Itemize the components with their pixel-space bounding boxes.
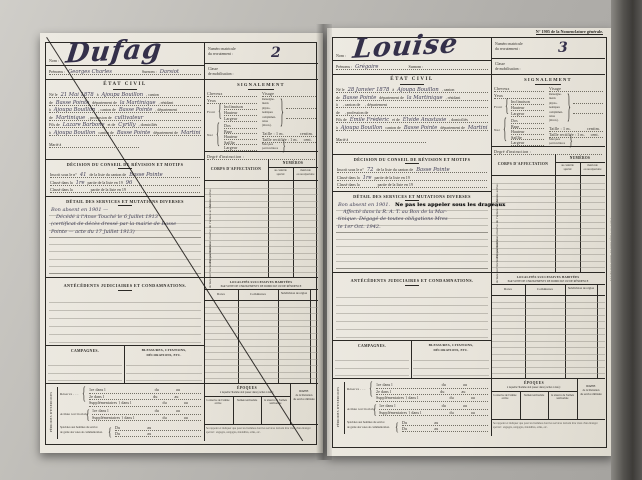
etat-civil-title: ÉTAT CIVIL: [333, 77, 491, 82]
inscrit-numero-handwriting: 72: [367, 167, 374, 173]
nez-label: Nez: [207, 133, 213, 137]
epoque-col-reserve-terr: la réserve de l'armée territoriale: [549, 394, 576, 401]
form-frame: Nom : Louise Prénoms : Grégoire Surnom :…: [332, 37, 607, 448]
ec-line-2: de Basse Pointe département de la Martin…: [49, 99, 201, 106]
canton-handwriting: Basse Pointe: [56, 100, 90, 106]
ec-line-5: Fils de Émile Frédéric et de Élvide Anas…: [336, 116, 488, 123]
surnom-handwriting: Darsiot: [160, 69, 179, 75]
corps-affectation-title: CORPS D'AFFECTATION: [204, 167, 268, 171]
register-page-left: Nom : Dufag Prénoms : Georges Charles Su…: [40, 33, 323, 453]
residence-handwriting: Ajoupa Bouillon: [54, 107, 96, 113]
front-label: Front: [494, 105, 502, 109]
inscrit-numero-handwriting: 41: [80, 172, 87, 178]
prenoms-handwriting: Georges Charles: [68, 69, 112, 75]
epoques-title: ÉPOQUES: [491, 381, 577, 385]
armee-territoriale-label: Armée territoriale: [60, 412, 88, 416]
mother-handwriting: Élvide Anastasie: [403, 117, 447, 123]
ec-line-1: Né le 28 Janvier 1878 à Ajoupa Bouillon …: [336, 86, 488, 93]
birth-date-handwriting: 28 Janvier 1878: [348, 87, 390, 93]
footnote: Se rappeler et indiquer que pour les hom…: [493, 422, 601, 429]
periodes-exercices-label: PÉRIODES D'EXERCICES: [49, 392, 53, 433]
reserve-label: Réserve . . .: [347, 387, 366, 391]
reserve-row-suppl: Supplémentaires } dans l du au: [89, 400, 201, 407]
epoque-col-reserve: la réserve de l'armée active: [205, 399, 231, 406]
corps-ruled-area: [492, 177, 605, 272]
surnom-label: Surnom :: [142, 69, 157, 74]
degre-instruction-line: Degré d'instruction :: [494, 148, 602, 155]
classe-mobilisation-label: Classe: [208, 67, 218, 71]
ec-line-4: de Martinique , profession de cultivateu…: [49, 114, 201, 121]
blessures-title: BLESSURES, CITATIONS,: [411, 343, 491, 347]
periodes-exercices-label: PÉRIODES D'EXERCICES: [336, 387, 340, 428]
ec-line-2: de Basse Pointe département de la Martin…: [336, 94, 488, 101]
corps-ruled-area: [205, 182, 318, 277]
decision-line-3: Classé dans la partie de la liste en 19: [337, 181, 487, 188]
numeros-title: NUMÉROS: [555, 156, 605, 160]
renseignements-label: Renseigne-: [549, 93, 562, 96]
departement-handwriting: la Martinique: [407, 95, 443, 101]
campagnes-title: CAMPAGNES.: [46, 349, 124, 353]
antecedents-ruled-area: [49, 295, 201, 343]
yeux-line: Yeux: [494, 92, 544, 99]
territoriale-row-suppl: Supplémentaires } dans l du au: [92, 415, 201, 422]
ec-line-3: à , canton de , département: [336, 101, 488, 108]
visage-line: Visage: [262, 90, 316, 97]
signalement-title: SIGNALEMENT: [204, 82, 318, 87]
etat-civil-title: ÉTAT CIVIL: [46, 82, 204, 87]
speciales-row-2: Du au: [402, 426, 488, 432]
epoque-col-territoriale: l'armée territoriale: [521, 394, 547, 397]
signalement-title: SIGNALEMENT: [491, 77, 605, 82]
detail-services-title: DÉTAIL DES SERVICES ET MUTATIONS DIVERSE…: [46, 199, 204, 204]
localites-title: LOCALITÉS SUCCESSIVES HABITÉES: [491, 275, 605, 279]
matricule-repertoire-label: matricule: [581, 164, 604, 167]
ec-line-6: à Ajoupa Bouillon canton de Basse Pointe…: [49, 129, 201, 136]
controle-special-label: au contrôle: [269, 169, 292, 172]
decision-line-1: Inscrit sous le n° 41 de la liste du can…: [50, 171, 200, 178]
decision-line-2: Classé dans la 1re partie de la liste en…: [337, 174, 487, 181]
form-frame: Nom : Dufag Prénoms : Georges Charles Su…: [45, 42, 317, 445]
date-liberation-label: DATE: [290, 389, 318, 393]
prenoms-line: Prénoms : Georges Charles Surnom : Darsi…: [49, 68, 201, 75]
renseignements-label: Renseigne-: [262, 98, 275, 101]
cheveux-line: Cheveux: [494, 85, 544, 92]
date-liberation-label: DATE: [577, 384, 605, 388]
speciales-row-2: Du au: [115, 431, 201, 437]
corps-affectation-title: CORPS D'AFFECTATION: [491, 162, 555, 166]
subdivision-header: Subdivision de région: [565, 287, 597, 290]
exemption-stamp: Ne pas les appeler sous les drapeaux: [395, 202, 505, 208]
localites-ruled-area: [492, 296, 605, 378]
ec-line-3: à Ajoupa Bouillon , canton de Basse Poin…: [49, 106, 201, 113]
decision-line-2: Classé dans la 1re partie de la liste en…: [50, 179, 200, 186]
nez-label: Nez: [494, 128, 500, 132]
antecedents-title: ANTÉCÉDENTS JUDICIAIRES ET CONDAMNATIONS…: [46, 283, 204, 288]
communes-header: Communes: [238, 292, 278, 296]
ec-line-5: Fils de Lazare Barbone et de Cyrilly , d…: [49, 121, 201, 128]
front-label: Front: [207, 110, 215, 114]
departement-handwriting: la Martinique: [120, 100, 156, 106]
epoque-col-territoriale: l'armée territoriale: [234, 399, 260, 402]
ec-line-4: de , profession de: [336, 109, 488, 116]
surnom-label: Surnom :: [408, 64, 423, 69]
campagnes-title: CAMPAGNES.: [333, 344, 411, 348]
prenoms-handwriting: Grégoire: [355, 64, 378, 70]
register-page-right: N° 1905 de la Nomenclature générale. 190…: [327, 28, 613, 456]
ec-line-1: Né le 21 Mai 1878 à Ajoupa Bouillon , ca…: [49, 91, 201, 98]
numeros-title: NUMÉROS: [268, 161, 318, 165]
nomenclature-note: N° 1905 de la Nomenclature générale.: [536, 29, 603, 35]
scanned-register-spread: Nom : Dufag Prénoms : Georges Charles Su…: [0, 0, 642, 480]
controle-special-label: au contrôle: [556, 164, 579, 167]
father-handwriting: Émile Frédéric: [350, 117, 389, 123]
visage-line: Visage: [549, 85, 603, 92]
numero-matricule-label: Numéro matricule: [495, 42, 523, 46]
canton-handwriting: Basse Pointe: [343, 95, 377, 101]
ec-line-6: à Ajoupa Bouillon canton de Basse Pointe…: [336, 124, 488, 131]
inscrit-canton-handwriting: Basse Pointe: [416, 167, 450, 173]
reserve-row-suppl: Supplémentaires } dans l du au: [376, 395, 488, 402]
dates-header: Dates: [491, 287, 525, 291]
speciales-label: Spéciales aux hommes du service: [347, 421, 385, 424]
cheveux-line: Cheveux: [207, 90, 257, 97]
epoque-col-reserve: la réserve de l'armée active: [492, 394, 518, 401]
speciales-label: Spéciales aux hommes du service: [60, 426, 98, 429]
numero-matricule-handwriting: 3: [558, 40, 568, 56]
communes-header: Communes: [525, 287, 565, 291]
birth-place-handwriting: Ajoupa Bouillon: [397, 87, 439, 93]
ec-line-marie: Marié à: [49, 141, 139, 148]
father-handwriting: Lazare Barbone: [63, 122, 105, 128]
prenoms-line: Prénoms : Grégoire Surnom :: [336, 63, 488, 70]
territoriale-row-suppl: Supplémentaires } dans l du au: [379, 410, 488, 417]
numero-matricule-handwriting: 2: [271, 45, 281, 61]
book-edge: [611, 0, 642, 480]
degre-instruction-line: Degré d'instruction :: [207, 153, 315, 160]
reserve-label: Réserve . . .: [60, 392, 79, 396]
nom-label: Nom :: [49, 58, 59, 63]
yeux-line: Yeux: [207, 97, 257, 104]
decision-title: DÉCISION DU CONSEIL DE RÉVISION ET MOTIF…: [333, 157, 491, 162]
prenoms-label: Prénoms :: [49, 69, 65, 74]
binding-shadow: [316, 24, 332, 460]
mother-handwriting: Cyrilly: [118, 122, 135, 128]
birth-place-handwriting: Ajoupa Bouillon: [102, 92, 144, 98]
subdivision-header: Subdivision de région: [278, 292, 310, 295]
ec-line-marie: Marié à: [336, 136, 426, 143]
prenoms-label: Prénoms :: [336, 64, 352, 69]
profession-handwriting: cultivateur: [115, 115, 144, 121]
numero-matricule-label: Numéro matricule: [208, 47, 236, 51]
decision-line-3: Classé dans la partie de la liste en 19: [50, 186, 200, 193]
blessures-title: BLESSURES, CITATIONS,: [124, 348, 204, 352]
detail-services-title: DÉTAIL DES SERVICES ET MUTATIONS DIVERSE…: [333, 194, 491, 199]
armee-territoriale-label: Armée territoriale: [347, 407, 375, 411]
epoques-title: ÉPOQUES: [204, 386, 290, 390]
antecedents-title: ANTÉCÉDENTS JUDICIAIRES ET CONDAMNATIONS…: [333, 278, 491, 283]
antecedents-ruled-area: [336, 290, 488, 338]
birth-date-handwriting: 21 Mai 1878: [61, 92, 94, 98]
matricule-repertoire-label: matricule: [294, 169, 317, 172]
classe-mobilisation-label: Classe: [495, 62, 505, 66]
decision-line-1: Inscrit sous le n° 72 de la liste du can…: [337, 166, 487, 173]
nom-label: Nom :: [336, 53, 346, 58]
localites-title: LOCALITÉS SUCCESSIVES HABITÉES: [204, 280, 318, 284]
